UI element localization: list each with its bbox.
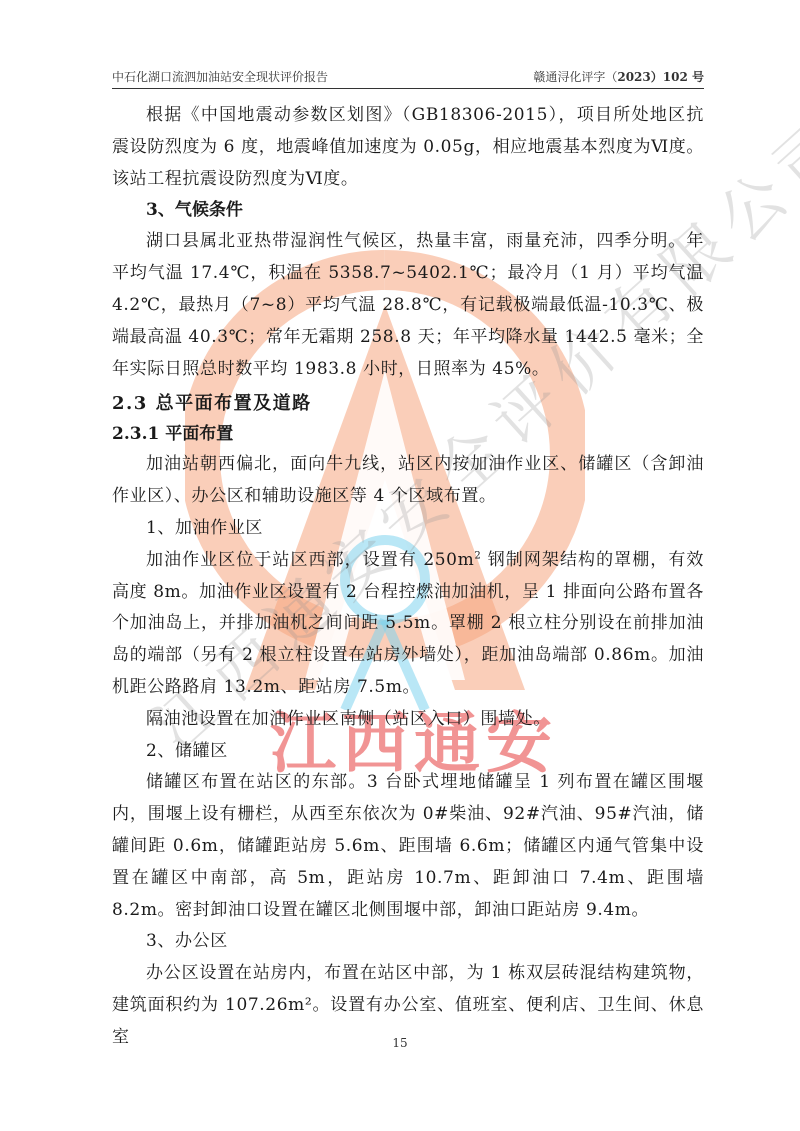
climate-heading: 3、气候条件 (112, 195, 704, 226)
oil-separator-paragraph: 隔油池设置在加油作业区南侧（站区入口）围墙处。 (112, 704, 704, 736)
report-title: 中石化湖口流泗加油站安全现状评价报告 (112, 68, 328, 85)
office-heading: 3、办公区 (112, 926, 704, 958)
tank-area-heading: 2、储罐区 (112, 736, 704, 768)
page-number: 15 (0, 1036, 800, 1050)
section-heading: 2.3 总平面布置及道路 (112, 389, 704, 419)
climate-paragraph: 湖口县属北亚热带湿润性气候区，热量丰富，雨量充沛，四季分明。年平均气温 17.4… (112, 226, 704, 385)
document-body: 根据《中国地震动参数区划图》（GB18306-2015），项目所处地区抗震设防烈… (112, 100, 704, 1054)
report-reference: 赣通浔化评字（2023）102 号 (533, 68, 704, 85)
page-header: 中石化湖口流泗加油站安全现状评价报告 赣通浔化评字（2023）102 号 (112, 66, 704, 89)
layout-paragraph: 加油站朝西偏北，面向牛九线，站区内按加油作业区、储罐区（含卸油作业区）、办公区和… (112, 449, 704, 513)
fuel-area-paragraph: 加油作业区位于站区西部，设置有 250m2 钢制网架结构的罩棚，有效高度 8m。… (112, 545, 704, 704)
document-page: 江西通安 江西通安安全评价有限公司 中石化湖口流泗加油站安全现状评价报告 赣通浔… (0, 0, 800, 1131)
tank-area-paragraph: 储罐区布置在站区的东部。3 台卧式埋地储罐呈 1 列布置在罐区围堰内，围堰上设有… (112, 767, 704, 926)
seismic-paragraph: 根据《中国地震动参数区划图》（GB18306-2015），项目所处地区抗震设防烈… (112, 100, 704, 195)
fuel-area-heading: 1、加油作业区 (112, 513, 704, 545)
subsection-heading: 2.3.1 平面布置 (112, 419, 704, 449)
